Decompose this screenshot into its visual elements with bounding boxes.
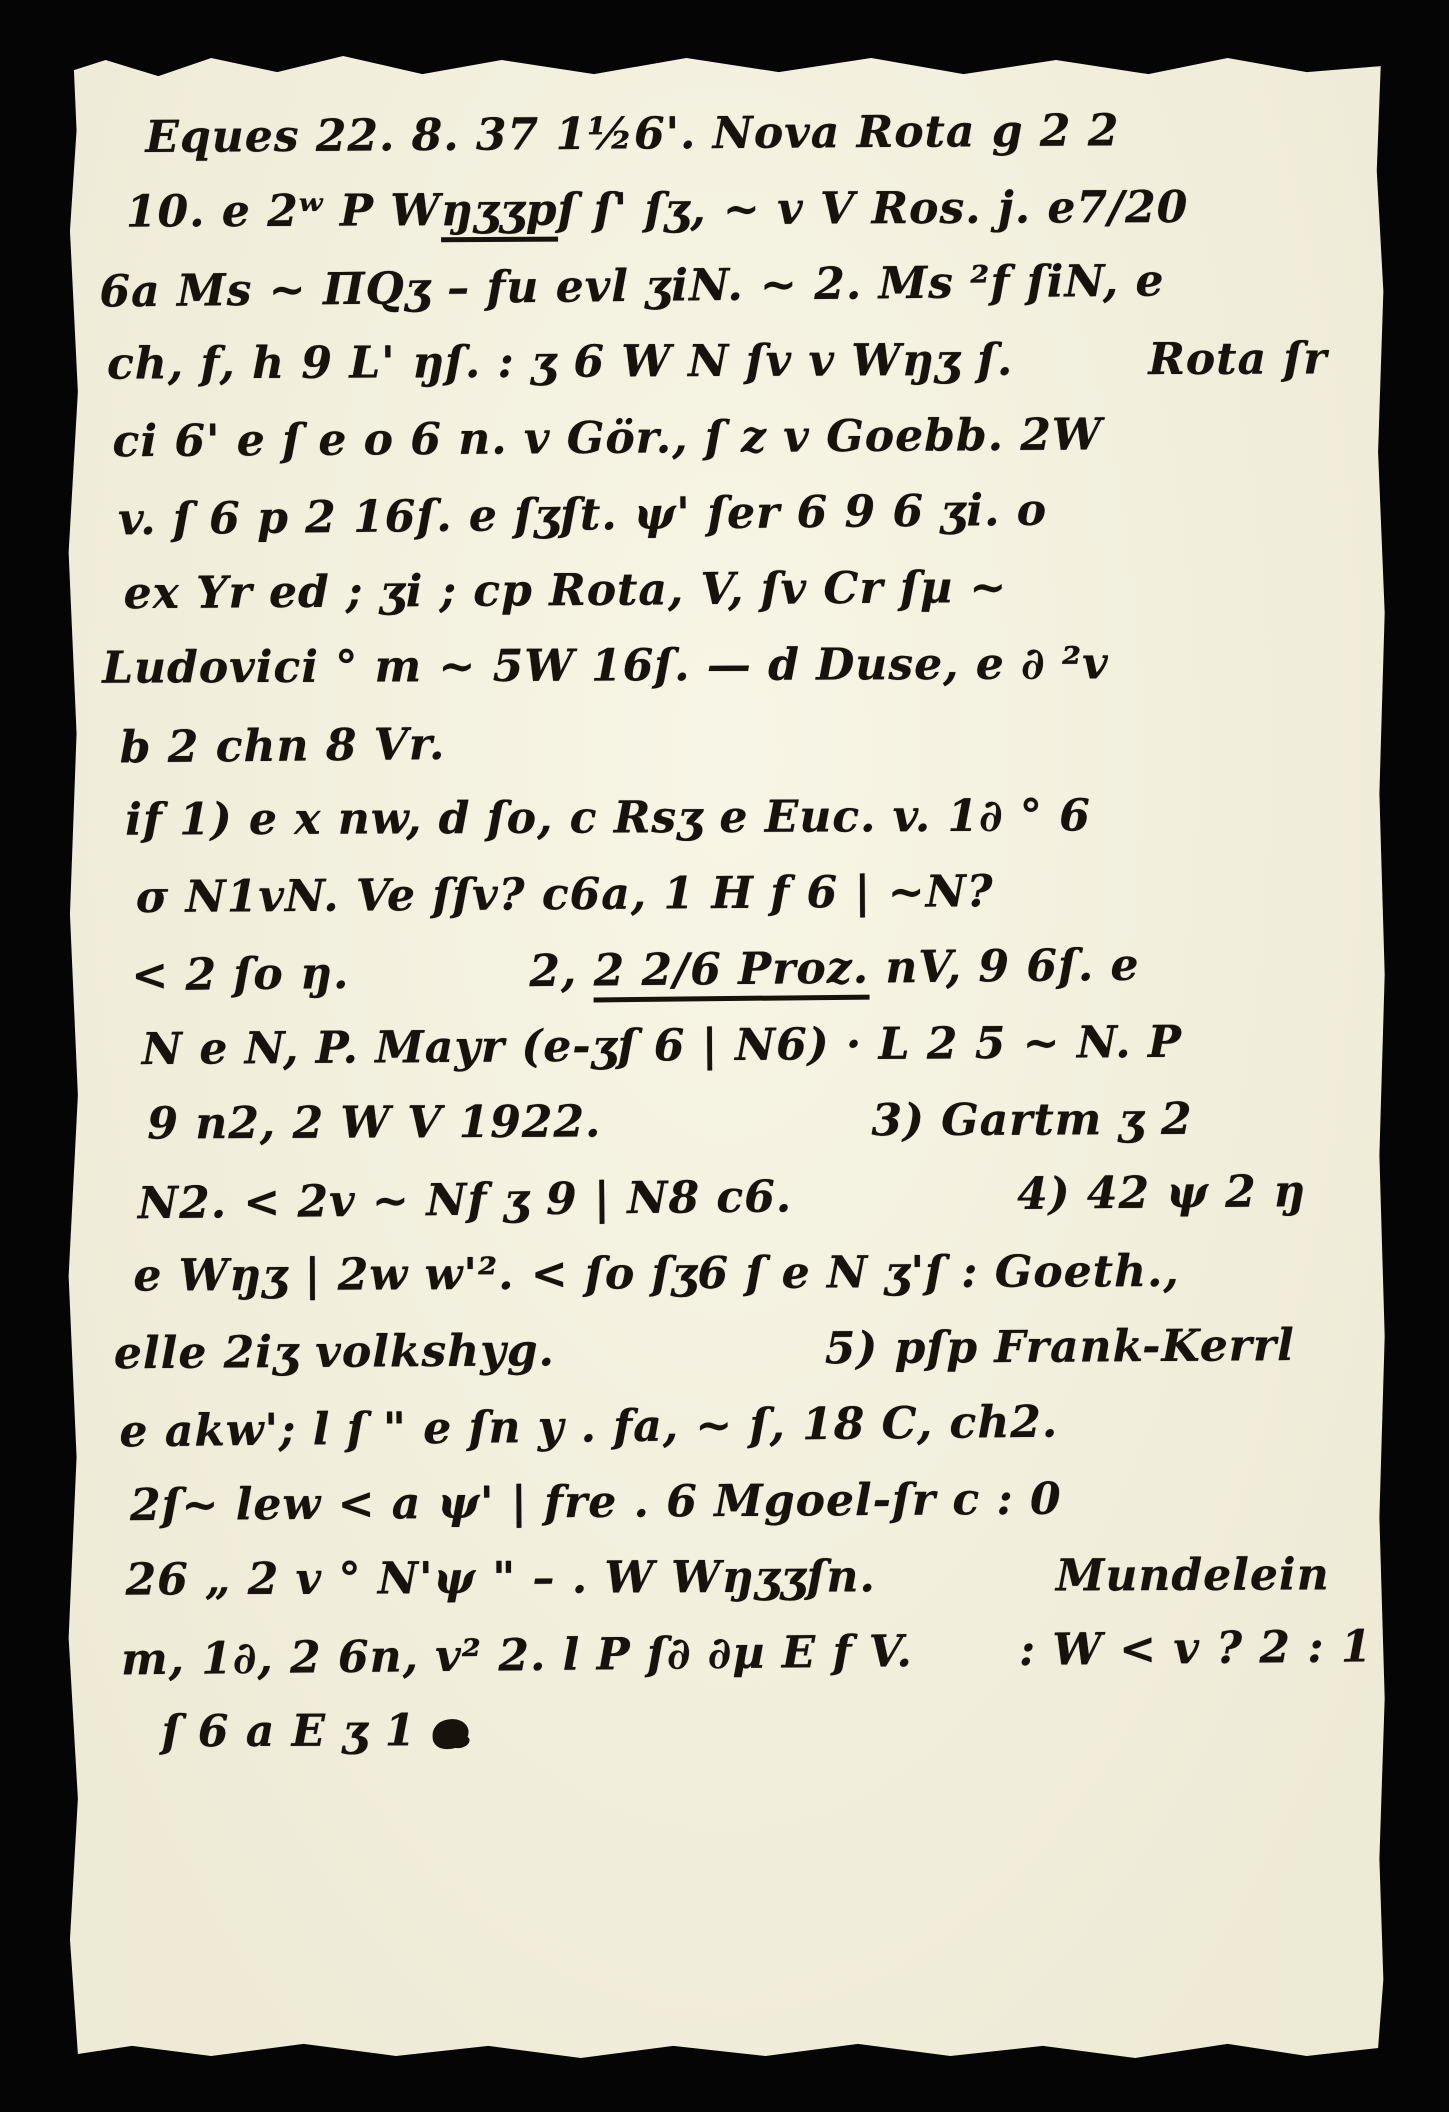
handwriting-segment: nV, 9 6ſ. e (869, 940, 1140, 994)
handwriting-line: 10. e 2ʷ P Wŋʒʒpſ ſ' ſʒ, ~ v V Ros. j. e… (126, 169, 1353, 250)
handwriting-line: b 2 chn 8 Vr. (119, 697, 1357, 786)
handwriting-line: e akw'; l ſ " e ſn y . fa, ~ ſ, 18 C, ch… (119, 1381, 1362, 1470)
handwriting-segment: N2. < 2v ~ Nf ʒ 9 | N8 c6. 4) 42 ψ 2 ŋ (138, 1166, 1307, 1229)
handwriting-line: Eques 22. 8. 37 1½6'. Nova Rota g 2 2 (145, 92, 1353, 176)
handwriting-segment: b 2 chn 8 Vr. (119, 719, 445, 773)
handwriting-line: 9 n2, 2 W V 1922. 3) Gartm ʒ 2 (147, 1081, 1359, 1162)
handwriting-line: Ludovici ° m ~ 5W 16ſ. — d Duse, e ∂ ²v (102, 625, 1356, 706)
handwriting-segment: 10. e 2ʷ P W (126, 185, 441, 237)
handwriting-line: ch, f, h 9 L' ŋſ. : ʒ 6 W N ſv v Wŋʒ ſ. … (107, 321, 1354, 402)
handwriting-segment: e Wŋʒ | 2w w'². < ſo ſʒ6 ſ e N ʒ'ſ : Goe… (133, 1246, 1179, 1302)
scan-background: { "scan": { "background_color": "#050505… (0, 0, 1449, 2112)
handwriting-segment-underlined: 2 2/6 Proz. (593, 943, 869, 1003)
page-text: Eques 22. 8. 37 1½6'. Nova Rota g 2 210.… (60, 91, 1392, 1772)
handwriting-line: e Wŋʒ | 2w w'². < ſo ſʒ6 ſ e N ʒ'ſ : Goe… (133, 1233, 1360, 1314)
handwriting-segment: if 1) e x nw, d ſo, c Rsʒ e Euc. v. 1∂ °… (125, 790, 1091, 845)
handwriting-line: N2. < 2v ~ Nf ʒ 9 | N8 c6. 4) 42 ψ 2 ŋ (137, 1153, 1360, 1242)
ink-blot (433, 1719, 469, 1749)
handwriting-line: 6a Ms ~ ΠQʒ – fu evl ʒiN. ~ 2. Ms ²f ſiN… (99, 241, 1354, 330)
paper-sheet: Eques 22. 8. 37 1½6'. Nova Rota g 2 210.… (66, 50, 1386, 2060)
handwriting-segment: 26 „ 2 v ° N'ψ " – . W Wŋʒʒſn. Mundelein (125, 1549, 1329, 1605)
handwriting-line: N e N, P. Mayr (e-ʒſ 6 | N6) · L 2 5 ~ N… (142, 1004, 1360, 1088)
handwriting-line: m, 1∂, 2 6n, v² 2. l P ſ∂ ∂µ E f V. : W … (121, 1609, 1364, 1698)
handwriting-line: ci 6' e ſ e o 6 n. v Gör., ſ z v Goebb. … (112, 396, 1355, 481)
handwriting-segment: v. ſ 6 p 2 16ſ. e ſʒſt. ψ' ſer 6 9 6 ʒi.… (118, 485, 1047, 546)
handwriting-line: 26 „ 2 v ° N'ψ " – . W Wŋʒʒſn. Mundelein (125, 1537, 1362, 1618)
handwriting-line: ex Yr ed ; ʒi ; cp Rota, V, ſv Cr ſµ ~ (123, 548, 1356, 633)
handwriting-line: ſ 6 a E ʒ 1 (161, 1689, 1363, 1770)
handwriting-line: if 1) e x nw, d ſo, c Rsʒ e Euc. v. 1∂ °… (125, 777, 1357, 858)
handwriting-line: elle 2iʒ volkshyg. 5) pſp Frank-Kerrl (114, 1308, 1362, 1393)
handwriting-segment: e akw'; l ſ " e ſn y . fa, ~ ſ, 18 C, ch… (119, 1397, 1058, 1458)
handwriting-line: σ N1vN. Ve ſſv? c6a, 1 H f 6 | ~N? (135, 852, 1358, 937)
handwriting-segment: Eques 22. 8. 37 1½6'. Nova Rota g 2 2 (145, 105, 1119, 163)
handwriting-segment: ch, f, h 9 L' ŋſ. : ʒ 6 W N ſv v Wŋʒ ſ. … (107, 333, 1328, 389)
handwriting-segment: 2ſ~ lew < a ψ' | fre . 6 Mgoel-ſr c : 0 (130, 1474, 1062, 1532)
handwriting-segment: ſ 6 a E ʒ 1 (161, 1705, 432, 1757)
handwriting-segment: m, 1∂, 2 6n, v² 2. l P ſ∂ ∂µ E f V. : W … (121, 1621, 1373, 1685)
handwriting-line: v. ſ 6 p 2 16ſ. e ſʒſt. ψ' ſer 6 9 6 ʒi.… (118, 469, 1356, 558)
handwriting-segment-underlined: ŋʒʒp (441, 185, 558, 243)
handwriting-segment: ci 6' e ſ e o 6 n. v Gör., ſ z v Goebb. … (112, 409, 1102, 467)
handwriting-segment: < 2 ſo ŋ. 2, (131, 945, 594, 1001)
handwriting-line: < 2 ſo ŋ. 2, 2 2/6 Proz. nV, 9 6ſ. e (131, 925, 1359, 1014)
handwriting-segment: ex Yr ed ; ʒi ; cp Rota, V, ſv Cr ſµ ~ (123, 562, 1007, 619)
handwriting-line: 2ſ~ lew < a ψ' | fre . 6 Mgoel-ſr c : 0 (130, 1460, 1363, 1545)
handwriting-segment: ſ ſ' ſʒ, ~ v V Ros. j. e7/20 (557, 182, 1188, 236)
handwriting-segment: elle 2iʒ volkshyg. 5) pſp Frank-Kerrl (114, 1320, 1295, 1379)
handwriting-segment: N e N, P. Mayr (e-ʒſ 6 | N6) · L 2 5 ~ N… (142, 1017, 1183, 1075)
handwriting-segment: Ludovici ° m ~ 5W 16ſ. — d Duse, e ∂ ²v (102, 638, 1109, 693)
handwriting-segment: 6a Ms ~ ΠQʒ – fu evl ʒiN. ~ 2. Ms ²f ſiN… (99, 255, 1164, 317)
handwriting-segment: 9 n2, 2 W V 1922. 3) Gartm ʒ 2 (147, 1094, 1192, 1150)
handwriting-segment: σ N1vN. Ve ſſv? c6a, 1 H f 6 | ~N? (136, 866, 994, 923)
